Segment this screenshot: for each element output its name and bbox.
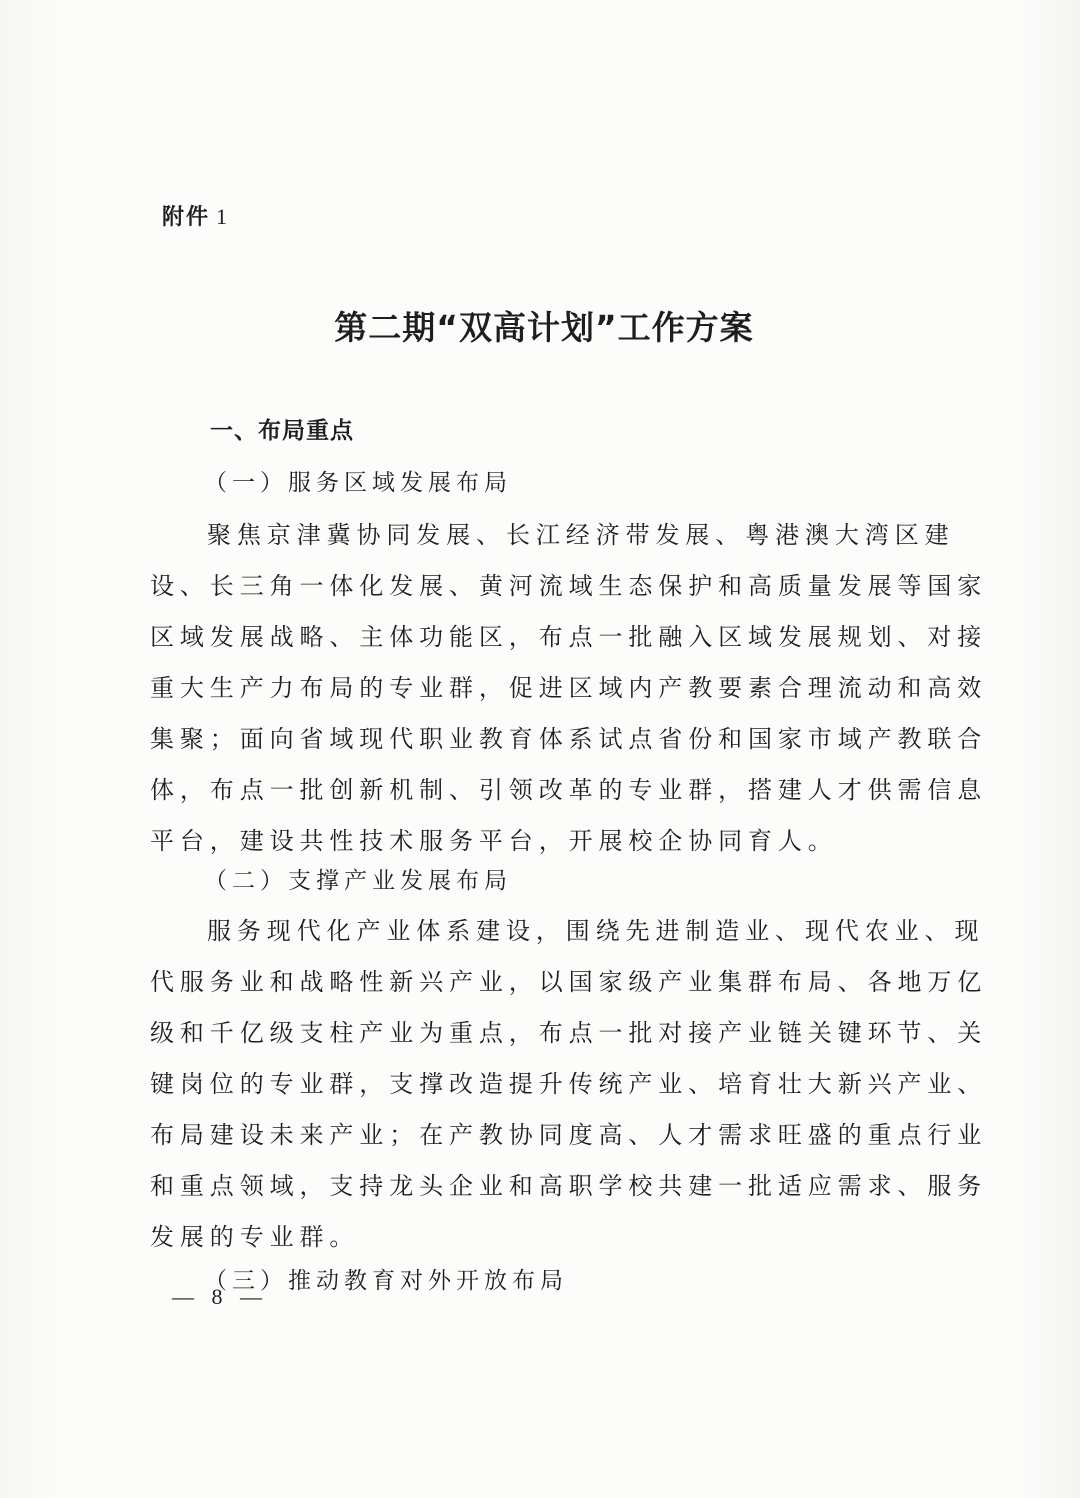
paragraph-line: 设、长三角一体化发展、黄河流域生态保护和高质量发展等国家 <box>150 561 910 612</box>
paragraph-line: 重大生产力布局的专业群，促进区域内产教要素合理流动和高效 <box>150 663 910 714</box>
subsection-heading-regional: （一）服务区域发展布局 <box>204 464 512 497</box>
attachment-label-text: 附件 <box>162 205 210 230</box>
paragraph-line: 服务现代化产业体系建设，围绕先进制造业、现代农业、现 <box>150 906 910 957</box>
attachment-label: 附件1 <box>162 200 229 231</box>
paragraph-line: 布局建设未来产业；在产教协同度高、人才需求旺盛的重点行业 <box>150 1110 910 1161</box>
document-page: 附件1 第二期“双高计划”工作方案 一、布局重点 （一）服务区域发展布局 聚焦京… <box>0 0 1080 1498</box>
document-title: 第二期“双高计划”工作方案 <box>0 302 1080 349</box>
paragraph-line: 键岗位的专业群，支撑改造提升传统产业、培育壮大新兴产业、 <box>150 1059 910 1110</box>
paragraph-line: 平台，建设共性技术服务平台，开展校企协同育人。 <box>150 816 910 867</box>
paragraph-line: 和重点领域，支持龙头企业和高职学校共建一批适应需求、服务 <box>150 1161 910 1212</box>
paragraph-industry: 服务现代化产业体系建设，围绕先进制造业、现代农业、现 代服务业和战略性新兴产业，… <box>150 906 910 1263</box>
paragraph-line: 聚焦京津冀协同发展、长江经济带发展、粤港澳大湾区建 <box>150 510 910 561</box>
paragraph-line: 级和千亿级支柱产业为重点，布点一批对接产业链关键环节、关 <box>150 1008 910 1059</box>
paragraph-line: 发展的专业群。 <box>150 1212 910 1263</box>
paragraph-line: 体，布点一批创新机制、引领改革的专业群，搭建人才供需信息 <box>150 765 910 816</box>
attachment-number: 1 <box>216 204 229 229</box>
paragraph-regional: 聚焦京津冀协同发展、长江经济带发展、粤港澳大湾区建 设、长三角一体化发展、黄河流… <box>150 510 910 867</box>
paragraph-line: 区域发展战略、主体功能区，布点一批融入区域发展规划、对接 <box>150 612 910 663</box>
paragraph-line: 代服务业和战略性新兴产业，以国家级产业集群布局、各地万亿 <box>150 957 910 1008</box>
subsection-heading-industry: （二）支撑产业发展布局 <box>204 862 512 895</box>
page-number: — 8 — <box>172 1284 268 1310</box>
section-heading-layout-focus: 一、布局重点 <box>210 412 354 445</box>
paragraph-line: 集聚；面向省域现代职业教育体系试点省份和国家市域产教联合 <box>150 714 910 765</box>
